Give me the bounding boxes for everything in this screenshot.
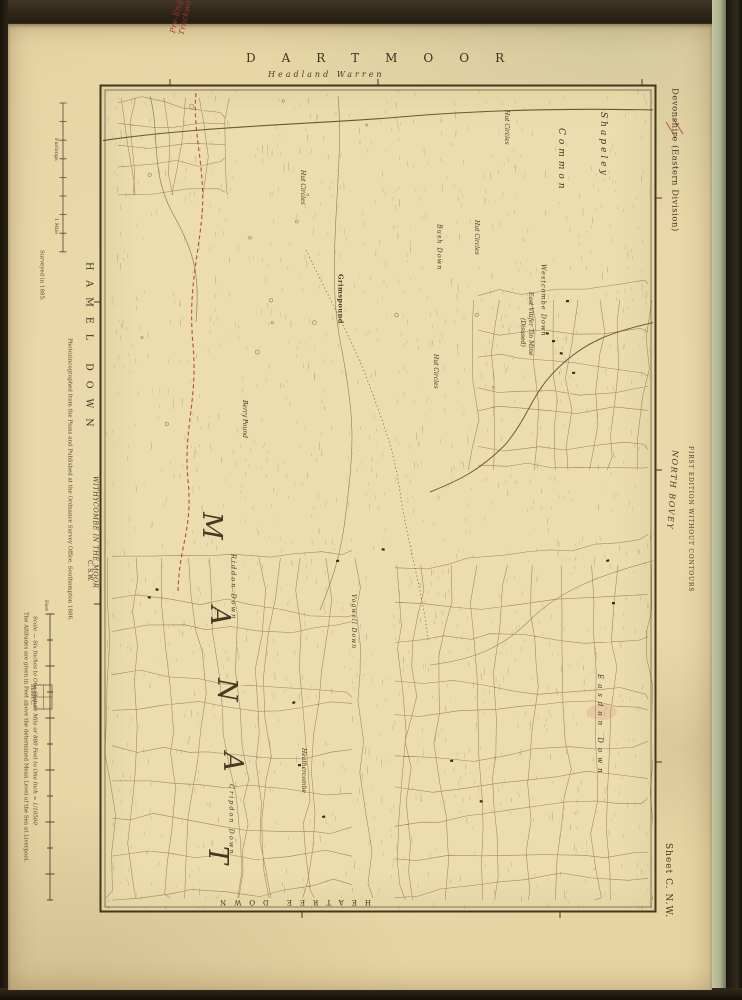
sheet-number: Sheet C. N.W.	[663, 843, 672, 918]
cripdon-down-label: Cripdon Down	[228, 784, 235, 856]
grimspound-label: Grimspound	[337, 274, 344, 324]
county-title: Devonshire (Eastern Division)	[670, 88, 679, 232]
common-label: Common	[556, 128, 565, 193]
map-engraving-svg	[0, 0, 742, 1000]
shapeley-label: Shapeley	[598, 112, 607, 178]
vogwell-down-label: Vogwell Down	[350, 594, 356, 649]
easdon-down-label: Easdon Down	[596, 674, 603, 778]
hut-circles-1-label: Hut Circles	[503, 110, 509, 145]
adjoining-area-heatree-down: HEATREE DOWN	[212, 898, 371, 905]
feet-scale-label: Feet	[43, 600, 48, 611]
publication-imprint: Photozincographed from the Plans and Pub…	[66, 338, 72, 621]
manaton-letter-n-label: N	[213, 678, 240, 702]
hut-circles-4-label: Hut Circles	[299, 170, 305, 205]
parish-sheet-ref: C. S.W.	[86, 560, 92, 581]
disused-label: (Disused)	[519, 318, 525, 347]
berry-pound-label: Berry Pound	[241, 400, 247, 438]
adjoining-area-dartmoor: DARTMOOR	[246, 52, 530, 64]
hut-circles-2-label: Hut Circles	[473, 220, 479, 255]
adjoining-area-headland-warren: Headland Warren	[268, 71, 385, 79]
hut-circles-3-label: Hut Circles	[432, 354, 438, 389]
westcombe-down-label: Westcombe Down	[540, 264, 547, 337]
edition-note: FIRST EDITION WITHOUT CONTOURS	[687, 446, 693, 592]
altitude-note: The Altitudes are given in Feet above th…	[22, 612, 28, 862]
east-vitifer-mine-label: East Vitifer Tin Mine	[527, 292, 533, 356]
manaton-letter-a2-label: A	[219, 752, 246, 772]
manaton-letter-m-label: M	[198, 512, 225, 540]
manaton-letter-t-label: T	[204, 846, 231, 864]
index-diagram-label: Sheet C.	[29, 684, 34, 705]
map-sheet-page: DARTMOOR Headland Warren Devonshire (Eas…	[0, 0, 742, 1000]
furlong-scale-label: Furlongs	[53, 138, 58, 161]
adjoining-area-hamel-down: HAMEL DOWN	[84, 262, 94, 437]
survey-date-note: Surveyed in 1885.	[38, 250, 44, 301]
scale-statement: Scale — Six Inches to One Statute Mile o…	[31, 616, 37, 825]
heathercombe-label: Heathercombe	[300, 748, 306, 793]
mile-scale-label: 1 Mile	[53, 218, 58, 234]
manaton-letter-a1-label: A	[206, 606, 233, 626]
bush-down-label: Bush Down	[436, 224, 443, 270]
